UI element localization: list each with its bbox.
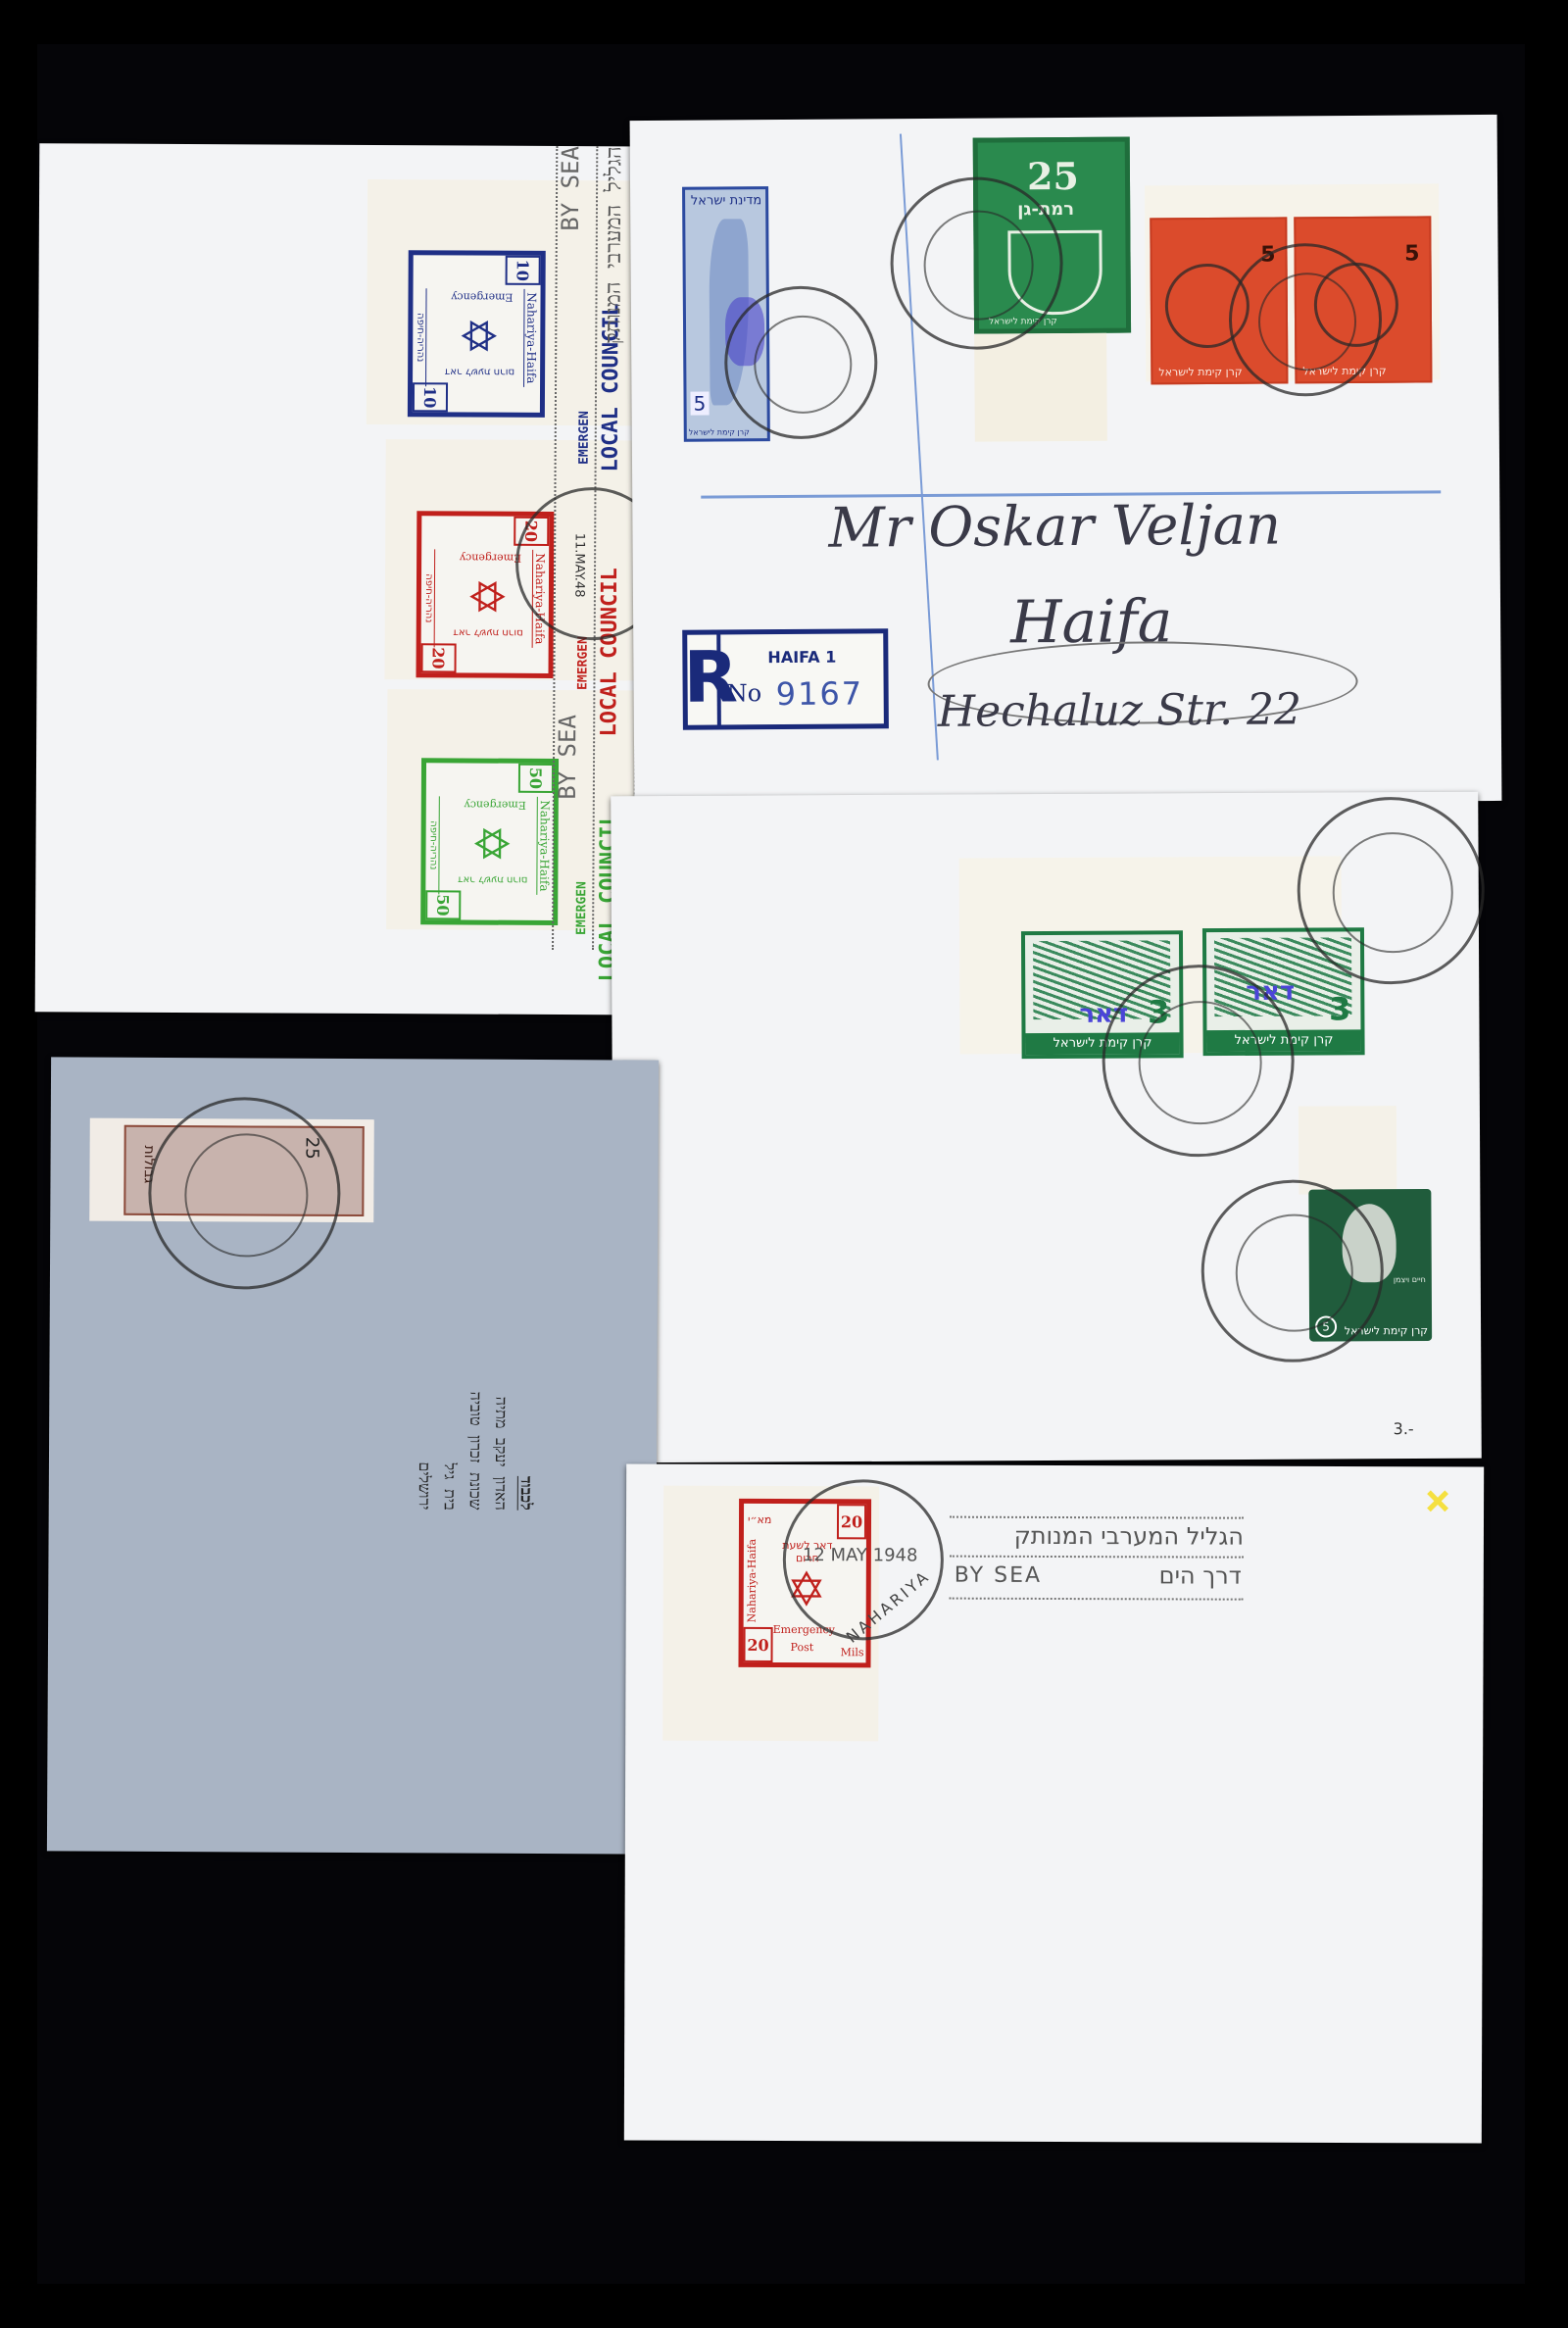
stamp-text: מדינת ישראל — [691, 193, 761, 209]
stamp-title: Nahariya-Haifa — [523, 289, 539, 387]
stamp-title: Nahariya-Haifa — [536, 797, 552, 895]
star-of-david-icon: ✡ — [454, 316, 501, 355]
postmark-haifa — [1297, 797, 1485, 985]
stamp-hebrew-mid: דאר לשעת חרום — [445, 366, 514, 376]
registration-office: HAIFA 1 — [767, 648, 836, 667]
stamp-hebrew-mid: דאר לשעת חרום — [453, 626, 522, 637]
postmark-date: 12 MAY 1948 — [803, 1545, 918, 1565]
stamp-label: Emergency — [465, 799, 526, 812]
value-corner: 20 — [421, 643, 457, 672]
postmark-haifa — [1200, 1179, 1384, 1362]
slogan-wavy-mid — [950, 1556, 1244, 1559]
stamp-hebrew-bottom: נהריה-חיפה — [415, 288, 427, 386]
registration-number: 9167 — [776, 674, 864, 713]
slogan-wavy-bottom — [950, 1598, 1244, 1601]
overprint-hebrew-slogan: הגליל המערבי המנותק — [601, 146, 627, 344]
overprint-emergency: EMERGEN — [575, 636, 590, 690]
cover-nahariya-triple: 10 10 Nahariya-Haifa ✡ Emergency נהריה-ח… — [35, 143, 707, 1015]
stamp-label: Post — [791, 1641, 814, 1654]
stamp-label: Emergency — [451, 290, 513, 303]
stamp-value: 25 — [1027, 154, 1079, 198]
address-line: שכונת זכרון טוביה — [463, 1256, 489, 1511]
stamp-value: 5 — [690, 392, 709, 416]
stamp-label: Emergency — [460, 551, 521, 564]
stamp-nahariya-50-mils: 50 50 Nahariya-Haifa ✡ Emergency נהריה-ח… — [420, 758, 559, 925]
registration-label: R HAIFA 1 No 9167 — [682, 628, 889, 729]
stamp-nahariya-10-mils: 10 10 Nahariya-Haifa ✡ Emergency נהריה-ח… — [408, 250, 546, 418]
postmark-dar — [148, 1097, 341, 1290]
slogan-hebrew-line1: הגליל המערבי המנותק — [959, 1522, 1244, 1551]
value-corner: 50 — [425, 890, 461, 919]
address-line: לכבוד — [514, 1256, 540, 1511]
stamp-value: 3 — [1329, 990, 1350, 1027]
star-of-david-icon: ✡ — [463, 576, 510, 616]
stamp-backing — [974, 333, 1107, 442]
overprint-by-sea: BY SEA — [557, 146, 584, 231]
address-line-1: Mr Oskar Veljan — [828, 493, 1281, 560]
postmark-haifa — [1102, 965, 1295, 1158]
stamp-hebrew-top: מא״י — [748, 1513, 771, 1526]
stamp-title: Nahariya-Haifa — [746, 1539, 759, 1622]
slogan-english: BY SEA — [955, 1563, 1042, 1588]
value-corner: 10 — [413, 382, 448, 412]
stamp-hebrew-bottom: נהריה-חיפה — [423, 549, 436, 647]
stamp-hebrew-bottom: נהריה-חיפה — [427, 796, 440, 894]
postmark-haifa — [724, 285, 878, 439]
stamp-hebrew-mid: דאר לשעת חרום — [458, 873, 527, 884]
overprint-by-sea: BY SEA — [554, 715, 581, 800]
postmark-haifa — [1228, 243, 1382, 397]
slogan-wavy-top — [950, 1516, 1244, 1519]
stamp-footer: קרן קימת לישראל — [689, 427, 750, 436]
star-of-david-icon: ✡ — [466, 824, 514, 864]
value-corner: 10 — [506, 256, 541, 285]
address-line: האדון יעקב מתיה — [488, 1256, 514, 1511]
value-corner: 20 — [744, 1627, 773, 1662]
stamp-label: Mils — [841, 1646, 864, 1659]
cover-blue-jerusalem: 25 גבולות לכבוד האדון יעקב מתיה שכונת זכ… — [47, 1057, 659, 1854]
registration-no-prefix: No — [727, 679, 762, 707]
cover-registered-haifa: מדינת ישראל 5 קרן קימת לישראל 25 רמת-גן … — [630, 115, 1502, 807]
yellow-tape-mark — [1420, 1483, 1456, 1519]
pencil-price-note: 3.- — [1394, 1419, 1414, 1438]
postmark-date: 11.MAY.48 — [571, 533, 586, 598]
stamp-footer: קרן קימת לישראל — [1158, 366, 1242, 379]
address-line-3: Hechaluz Str. 22 — [938, 684, 1302, 737]
cover-nahariya-by-sea: 20 20 מא״י דאר לשעת חרום ✡ Nahariya-Haif… — [624, 1463, 1484, 2143]
overprint-emergency: EMERGEN — [577, 411, 592, 465]
postmark-haifa — [890, 176, 1063, 350]
registration-divider — [716, 634, 721, 724]
value-corner: 50 — [518, 764, 554, 793]
stamp-tab-blank — [1298, 1106, 1396, 1195]
slogan-hebrew-line2: דרך הים — [1116, 1561, 1242, 1589]
stamp-name: חיים ויצמן — [1394, 1275, 1426, 1284]
address-hebrew: לכבוד האדון יעקב מתיה שכונת זכרון טוביה … — [412, 1255, 540, 1511]
stamp-value: 5 — [1404, 241, 1419, 266]
address-line: ירושלים — [412, 1255, 438, 1510]
overprint-emergency: EMERGEN — [574, 881, 589, 935]
cover-kkl-overprint: 3 דאר קרן קימת לישראל 3 דאר קרן קימת ליש… — [611, 792, 1482, 1463]
address-line: בית גיל — [437, 1255, 464, 1510]
